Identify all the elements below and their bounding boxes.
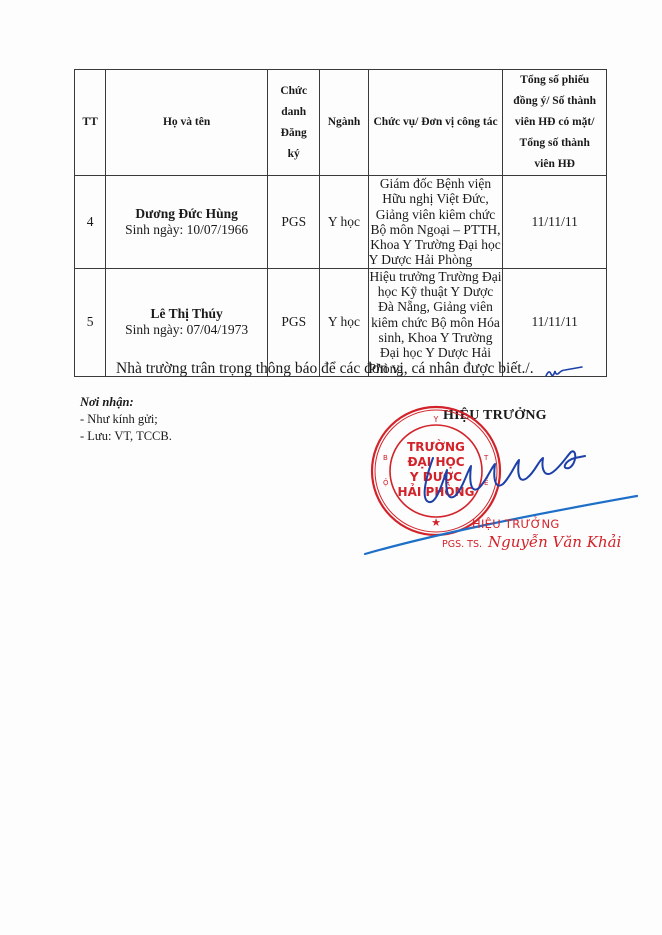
table-header-row: TT Họ và tên Chức danh Đăng ký Ngành Chứ… [75,70,607,176]
row-title: PGS [268,176,320,269]
person-dob: Sinh ngày: 10/07/1966 [106,222,267,238]
stamp-subtitle: HIỆU TRƯỞNG [472,517,560,531]
person-dob: Sinh ngày: 07/04/1973 [106,322,267,338]
header-field: Ngành [320,70,368,176]
header-votes: Tổng số phiếu đồng ý/ Số thành viên HĐ c… [503,70,607,176]
header-position: Chức vụ/ Đơn vị công tác [368,70,503,176]
row-tt: 4 [75,176,106,269]
person-name: Lê Thị Thúy [106,306,267,322]
recipients-block: Nơi nhận: - Như kính gửi; - Lưu: VT, TCC… [80,394,172,445]
header-title: Chức danh Đăng ký [268,70,320,176]
recipients-header: Nơi nhận: [80,394,172,411]
initials-mark-icon [544,365,584,379]
signer-name: PGS. TS. Nguyễn Văn Khải [442,533,621,552]
table-row: 4 Dương Đức Hùng Sinh ngày: 10/07/1966 P… [75,176,607,269]
stamp-top-text: Y [433,415,439,424]
row-position: Giám đốc Bệnh viện Hữu nghị Việt Đức, Gi… [368,176,503,269]
recipient-item: - Như kính gửi; [80,411,172,428]
recipient-item: - Lưu: VT, TCCB. [80,428,172,445]
person-name: Dương Đức Hùng [106,206,267,222]
row-votes: 11/11/11 [503,176,607,269]
row-person: Dương Đức Hùng Sinh ngày: 10/07/1966 [106,176,268,269]
row-tt: 5 [75,268,106,376]
signer-degree: PGS. TS. [442,539,482,550]
header-tt: TT [75,70,106,176]
signer-fullname: Nguyễn Văn Khải [488,533,621,551]
document-page: TT Họ và tên Chức danh Đăng ký Ngành Chứ… [0,0,662,935]
header-name: Họ và tên [106,70,268,176]
closing-statement: Nhà trường trân trọng thông báo để các đ… [116,360,534,378]
approval-table: TT Họ và tên Chức danh Đăng ký Ngành Chứ… [74,69,607,377]
row-field: Y học [320,176,368,269]
